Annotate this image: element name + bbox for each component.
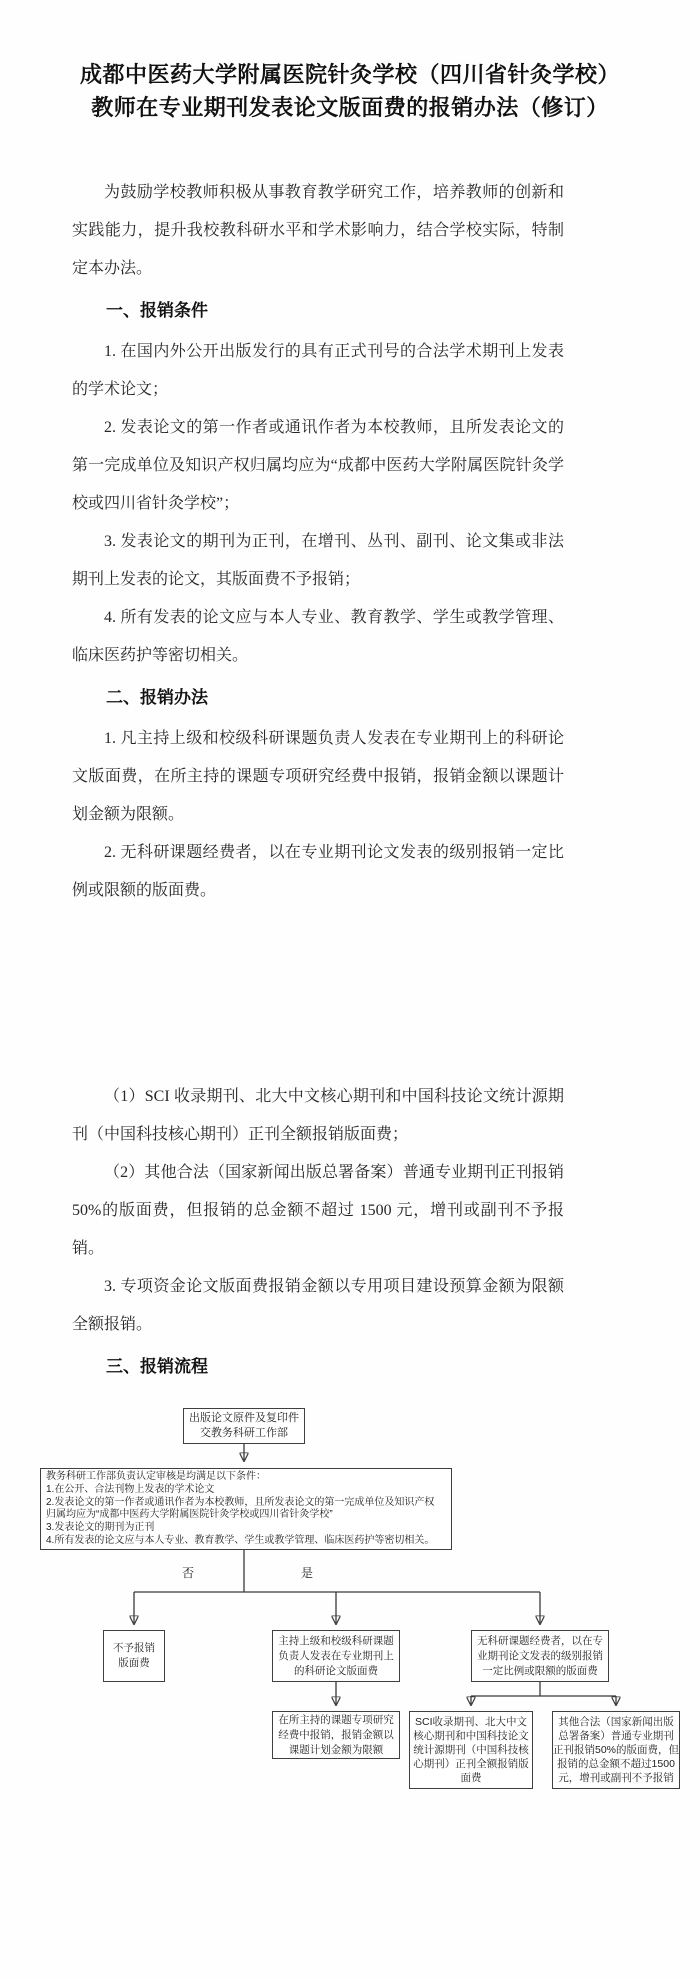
flow-other-journal-box: 其他合法（国家新闻出版 总署备案）普通专业期刊 正刊报销50%的版面费，但 报销… [552, 1711, 680, 1789]
page-break-gap [72, 910, 564, 1078]
flow-funded-result-box: 在所主持的课题专项研究 经费中报销，报销金额以 课题计划金额为限额 [272, 1711, 400, 1759]
section-2-heading: 二、报销办法 [72, 679, 564, 717]
method-subitem-2: （2）其他合法（国家新闻出版总署备案）普通专业期刊正刊报销 50%的版面费，但报… [72, 1154, 564, 1268]
flow-core-journal-box: SCI收录期刊、北大中文 核心期刊和中国科技论文 统计源期刊（中国科技核 心期刊… [409, 1711, 533, 1789]
reimbursement-flowchart: 出版论文原件及复印件 交教务科研工作部 教务科研工作部负责认定审核是均满足以下条… [0, 1398, 700, 1878]
section-3-heading: 三、报销流程 [72, 1348, 564, 1386]
flow-reject-box: 不予报销 版面费 [103, 1630, 165, 1682]
method-item-1: 1. 凡主持上级和校级科研课题负责人发表在专业期刊上的科研论文版面费，在所主持的… [72, 720, 564, 834]
document-page: 成都中医药大学附属医院针灸学校（四川省针灸学校） 教师在专业期刊发表论文版面费的… [0, 0, 700, 1978]
flow-unfunded-box: 无科研课题经费者，以在专 业期刊论文发表的级别报销 一定比例或限额的版面费 [471, 1630, 609, 1682]
section-1-heading: 一、报销条件 [72, 292, 564, 330]
condition-item-4: 4. 所有发表的论文应与本人专业、教育教学、学生或教学管理、临床医药护等密切相关… [72, 599, 564, 675]
flow-submit-box: 出版论文原件及复印件 交教务科研工作部 [183, 1408, 305, 1444]
title-line-2: 教师在专业期刊发表论文版面费的报销办法（修订） [0, 91, 700, 124]
flow-review-conditions-box: 教务科研工作部负责认定审核是均满足以下条件： 1.在公开、合法刊物上发表的学术论… [40, 1468, 452, 1550]
flow-branch-label-no: 否 [176, 1564, 200, 1581]
flow-branch-label-yes: 是 [295, 1564, 319, 1581]
method-subitem-1: （1）SCI 收录期刊、北大中文核心期刊和中国科技论文统计源期刊（中国科技核心期… [72, 1078, 564, 1154]
document-title: 成都中医药大学附属医院针灸学校（四川省针灸学校） 教师在专业期刊发表论文版面费的… [0, 58, 700, 124]
intro-paragraph: 为鼓励学校教师积极从事教育教学研究工作，培养教师的创新和实践能力，提升我校教科研… [72, 174, 564, 288]
method-item-3: 3. 专项资金论文版面费报销金额以专用项目建设预算金额为限额全额报销。 [72, 1268, 564, 1344]
title-line-1: 成都中医药大学附属医院针灸学校（四川省针灸学校） [0, 58, 700, 91]
method-item-2: 2. 无科研课题经费者，以在专业期刊论文发表的级别报销一定比例或限额的版面费。 [72, 834, 564, 910]
condition-item-1: 1. 在国内外公开出版发行的具有正式刊号的合法学术期刊上发表的学术论文； [72, 333, 564, 409]
flow-funded-project-box: 主持上级和校级科研课题 负责人发表在专业期刊上 的科研论文版面费 [272, 1630, 400, 1682]
condition-item-3: 3. 发表论文的期刊为正刊，在增刊、丛刊、副刊、论文集或非法期刊上发表的论文，其… [72, 523, 564, 599]
document-body: 为鼓励学校教师积极从事教育教学研究工作，培养教师的创新和实践能力，提升我校教科研… [72, 174, 564, 1386]
condition-item-2: 2. 发表论文的第一作者或通讯作者为本校教师，且所发表论文的第一完成单位及知识产… [72, 409, 564, 523]
